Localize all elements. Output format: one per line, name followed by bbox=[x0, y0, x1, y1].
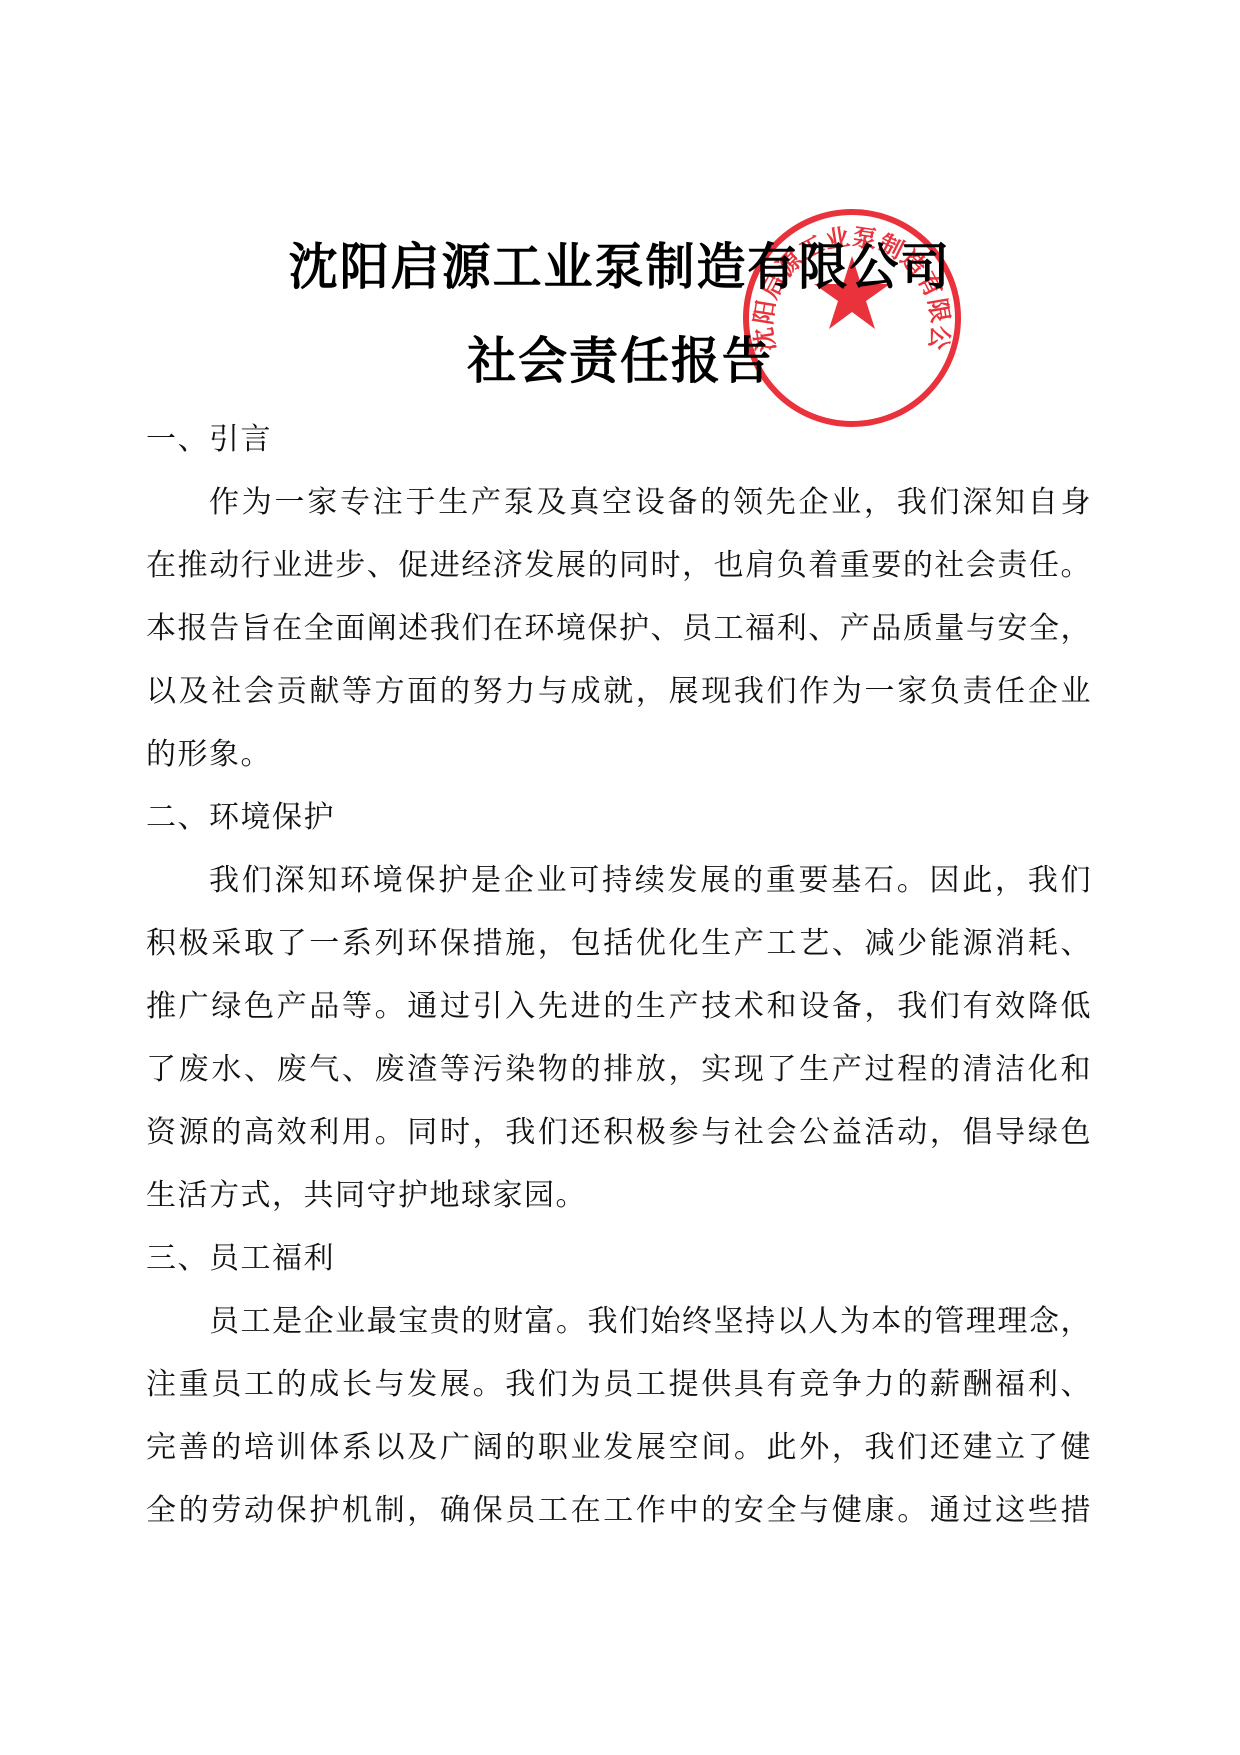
paragraph-line: 了废水、废气、废渣等污染物的排放，实现了生产过程的清洁化和 bbox=[146, 1050, 1092, 1090]
section-heading-employee-welfare: 三、员工福利 bbox=[146, 1239, 335, 1279]
paragraph-line: 的形象。 bbox=[146, 735, 272, 775]
paragraph-line: 员工是企业最宝贵的财富。我们始终坚持以人为本的管理理念， bbox=[146, 1302, 1092, 1342]
document-page: 沈阳启源工业泵制造有限公司 社会责任报告 沈阳启源工业泵制造有限公司 一、引言 … bbox=[0, 0, 1240, 1755]
paragraph-line: 资源的高效利用。同时，我们还积极参与社会公益活动，倡导绿色 bbox=[146, 1113, 1092, 1153]
paragraph-line: 生活方式，共同守护地球家园。 bbox=[146, 1176, 587, 1216]
document-title-company: 沈阳启源工业泵制造有限公司 bbox=[12, 239, 1227, 295]
section-heading-introduction: 一、引言 bbox=[146, 420, 272, 460]
paragraph-line: 以及社会贡献等方面的努力与成就，展现我们作为一家负责任企业 bbox=[146, 672, 1092, 712]
paragraph-line: 本报告旨在全面阐述我们在环境保护、员工福利、产品质量与安全， bbox=[146, 609, 1092, 649]
paragraph-line: 注重员工的成长与发展。我们为员工提供具有竞争力的薪酬福利、 bbox=[146, 1365, 1092, 1405]
paragraph-line: 作为一家专注于生产泵及真空设备的领先企业，我们深知自身 bbox=[146, 483, 1092, 523]
document-title-report: 社会责任报告 bbox=[12, 333, 1227, 389]
paragraph-line: 在推动行业进步、促进经济发展的同时，也肩负着重要的社会责任。 bbox=[146, 546, 1092, 586]
star-icon bbox=[814, 256, 890, 329]
company-seal-stamp: 沈阳启源工业泵制造有限公司 bbox=[740, 206, 964, 430]
paragraph-line: 全的劳动保护机制，确保员工在工作中的安全与健康。通过这些措 bbox=[146, 1491, 1092, 1531]
paragraph-line: 推广绿色产品等。通过引入先进的生产技术和设备，我们有效降低 bbox=[146, 987, 1092, 1027]
paragraph-line: 完善的培训体系以及广阔的职业发展空间。此外，我们还建立了健 bbox=[146, 1428, 1092, 1468]
paragraph-line: 积极采取了一系列环保措施，包括优化生产工艺、减少能源消耗、 bbox=[146, 924, 1092, 964]
paragraph-line: 我们深知环境保护是企业可持续发展的重要基石。因此，我们 bbox=[146, 861, 1092, 901]
section-heading-environmental-protection: 二、环境保护 bbox=[146, 798, 335, 838]
